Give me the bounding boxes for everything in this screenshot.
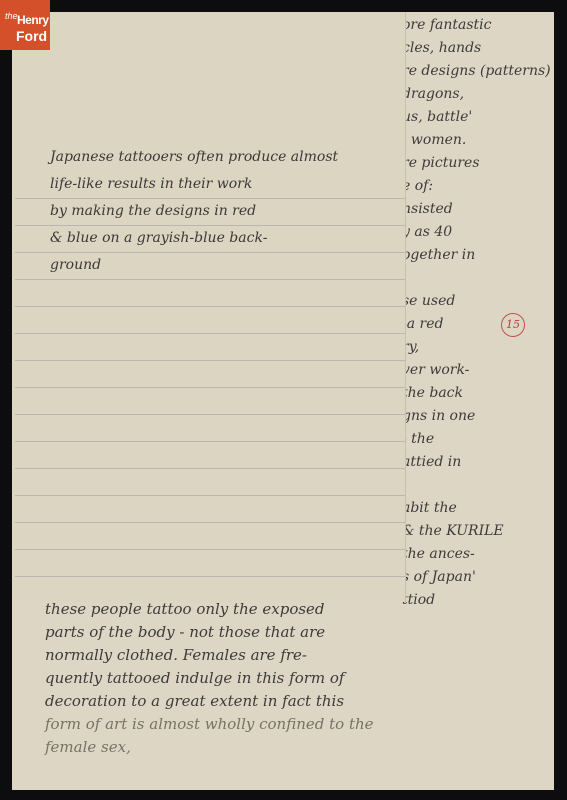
note-line: life-like results in their work xyxy=(50,171,410,198)
logo-word-the: the xyxy=(5,11,18,21)
manuscript-line: ogether in xyxy=(402,244,552,267)
note-line: by making the designs in red xyxy=(50,198,410,225)
manuscript-line: female sex, xyxy=(45,736,545,759)
manuscript-line: -a red xyxy=(402,313,552,336)
manuscript-line: cles, hands xyxy=(402,37,552,60)
note-line: & blue on a grayish-blue back- xyxy=(50,225,410,252)
manuscript-line: dragons, xyxy=(402,83,552,106)
the-henry-ford-logo[interactable]: the Henry Ford xyxy=(0,0,50,50)
manuscript-line xyxy=(402,267,552,290)
note-line: ground xyxy=(50,252,410,279)
manuscript-right-column: ore fantastic cles, hands re designs (pa… xyxy=(402,14,552,612)
page-number-circled: 15 xyxy=(501,313,525,337)
manuscript-line: normally clothed. Females are fre- xyxy=(45,644,545,667)
manuscript-line: re pictures xyxy=(402,152,552,175)
manuscript-line: nsisted xyxy=(402,198,552,221)
manuscript-line: parts of the body - not those that are xyxy=(45,621,545,644)
manuscript-line: ry, xyxy=(402,336,552,359)
manuscript-line: us, battle' xyxy=(402,106,552,129)
manuscript-line: ver work- xyxy=(402,359,552,382)
manuscript-line: attied in xyxy=(402,451,552,474)
manuscript-bottom-paragraph: these people tattoo only the exposed par… xyxy=(45,598,545,759)
manuscript-line: these people tattoo only the exposed xyxy=(45,598,545,621)
note-blank-header xyxy=(15,12,405,162)
manuscript-line: l women. xyxy=(402,129,552,152)
manuscript-line: abit the xyxy=(402,497,552,520)
manuscript-line: decoration to a great extent in fact thi… xyxy=(45,690,545,713)
logo-word-henry: Henry xyxy=(17,13,49,27)
manuscript-line: the back xyxy=(402,382,552,405)
note-handwriting: Japanese tattooers often produce almost … xyxy=(50,144,410,279)
manuscript-line: se used xyxy=(402,290,552,313)
manuscript-line: y as 40 xyxy=(402,221,552,244)
manuscript-line: - the xyxy=(402,428,552,451)
note-line: Japanese tattooers often produce almost xyxy=(50,144,410,171)
manuscript-line: gns in one xyxy=(402,405,552,428)
manuscript-line: form of art is almost wholly confined to… xyxy=(45,713,545,736)
manuscript-line: re designs (patterns) xyxy=(402,60,552,83)
manuscript-line: the ances- xyxy=(402,543,552,566)
manuscript-line xyxy=(402,474,552,497)
manuscript-line: & the KURILE xyxy=(402,520,552,543)
logo-word-ford: Ford xyxy=(16,28,47,44)
manuscript-line: s of Japan' xyxy=(402,566,552,589)
manuscript-line: quently tattooed indulge in this form of xyxy=(45,667,545,690)
manuscript-line: e of: xyxy=(402,175,552,198)
manuscript-line: ore fantastic xyxy=(402,14,552,37)
pasted-lined-note: Japanese tattooers often produce almost … xyxy=(15,12,406,602)
